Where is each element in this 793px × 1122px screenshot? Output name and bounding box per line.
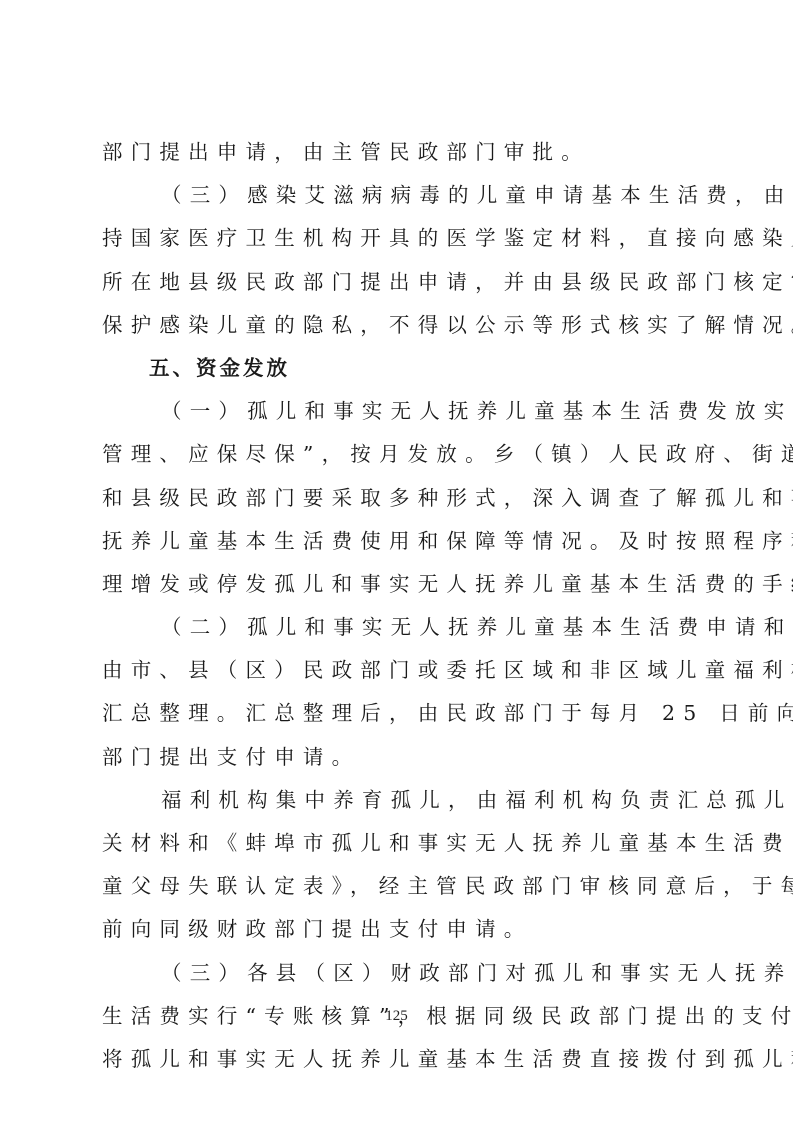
page-number: 125 — [0, 1008, 793, 1025]
text-line: 前向同级财政部门提出支付申请。 — [102, 908, 702, 951]
text-line: 将孤儿和事实无人抚养儿童基本生活费直接拨付到孤儿和事实 — [102, 1038, 702, 1081]
text-line: （二）孤儿和事实无人抚养儿童基本生活费申请和发放情况 — [102, 606, 702, 649]
text-line: 部门提出申请，由主管民政部门审批。 — [102, 131, 702, 174]
text-line: 部门提出支付申请。 — [102, 736, 702, 779]
text-line: 保护感染儿童的隐私，不得以公示等形式核实了解情况。 — [102, 304, 702, 347]
text-line: 理增发或停发孤儿和事实无人抚养儿童基本生活费的手续。 — [102, 563, 702, 606]
document-page: 部门提出申请，由主管民政部门审批。 （三）感染艾滋病病毒的儿童申请基本生活费，由… — [0, 0, 793, 1122]
text-line: （三）各县（区）财政部门对孤儿和事实无人抚养儿童基本 — [102, 952, 702, 995]
text-line: 所在地县级民政部门提出申请，并由县级民政部门核定审批。为 — [102, 261, 702, 304]
text-line: 抚养儿童基本生活费使用和保障等情况。及时按照程序和规定办 — [102, 520, 702, 563]
text-line: 汇总整理。汇总整理后，由民政部门于每月 25 日前向同级财政 — [102, 692, 702, 735]
text-line: （一）孤儿和事实无人抚养儿童基本生活费发放实行“动态 — [102, 390, 702, 433]
text-line: 持国家医疗卫生机构开具的医学鉴定材料，直接向感染儿童户籍 — [102, 217, 702, 260]
body-text: 部门提出申请，由主管民政部门审批。 （三）感染艾滋病病毒的儿童申请基本生活费，由… — [102, 131, 702, 1081]
text-line: 福利机构集中养育孤儿，由福利机构负责汇总孤儿信息、相 — [102, 779, 702, 822]
section-heading: 五、资金发放 — [102, 347, 702, 390]
text-line: 童父母失联认定表》，经主管民政部门审核同意后，于每月 25 日 — [102, 865, 702, 908]
text-line: 管理、应保尽保”，按月发放。乡（镇）人民政府、街道办事处 — [102, 433, 702, 476]
text-line: （三）感染艾滋病病毒的儿童申请基本生活费，由其监护人 — [102, 174, 702, 217]
text-line: 由市、县（区）民政部门或委托区域和非区域儿童福利机构负责 — [102, 649, 702, 692]
text-line: 关材料和《蚌埠市孤儿和事实无人抚养儿童基本生活费申请及儿 — [102, 822, 702, 865]
text-line: 和县级民政部门要采取多种形式，深入调查了解孤儿和事实无人 — [102, 477, 702, 520]
